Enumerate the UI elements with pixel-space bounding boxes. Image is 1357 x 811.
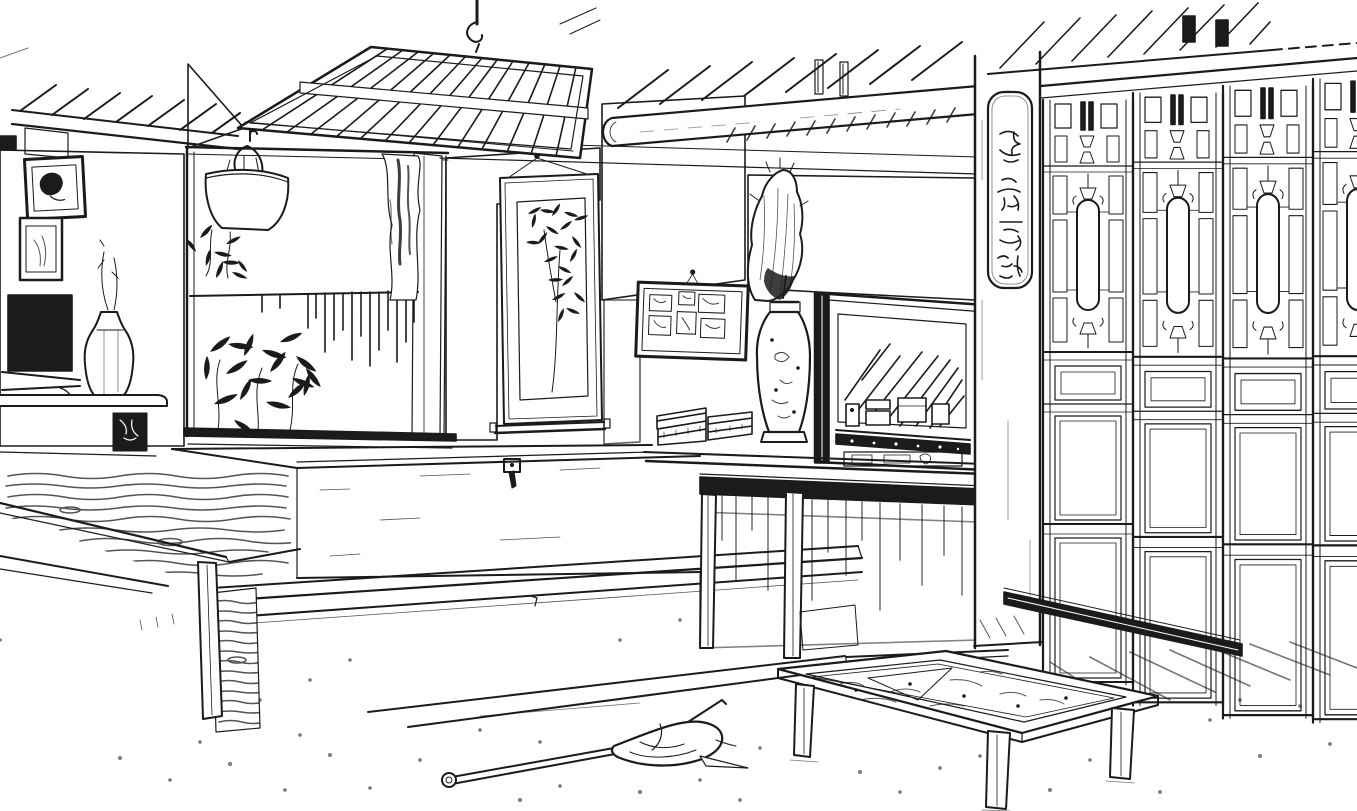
chinese-interior-drawing [0,0,1357,811]
wall-picture-frame-1 [24,157,85,220]
wooden-pillar [974,52,1042,648]
mirror-stand [815,293,985,470]
wall-picture-frame-2 [20,218,62,280]
ink-drawing-page [0,0,1357,811]
calligraphy-plaque [988,92,1032,288]
bamboo-hanging-scroll [490,154,610,433]
